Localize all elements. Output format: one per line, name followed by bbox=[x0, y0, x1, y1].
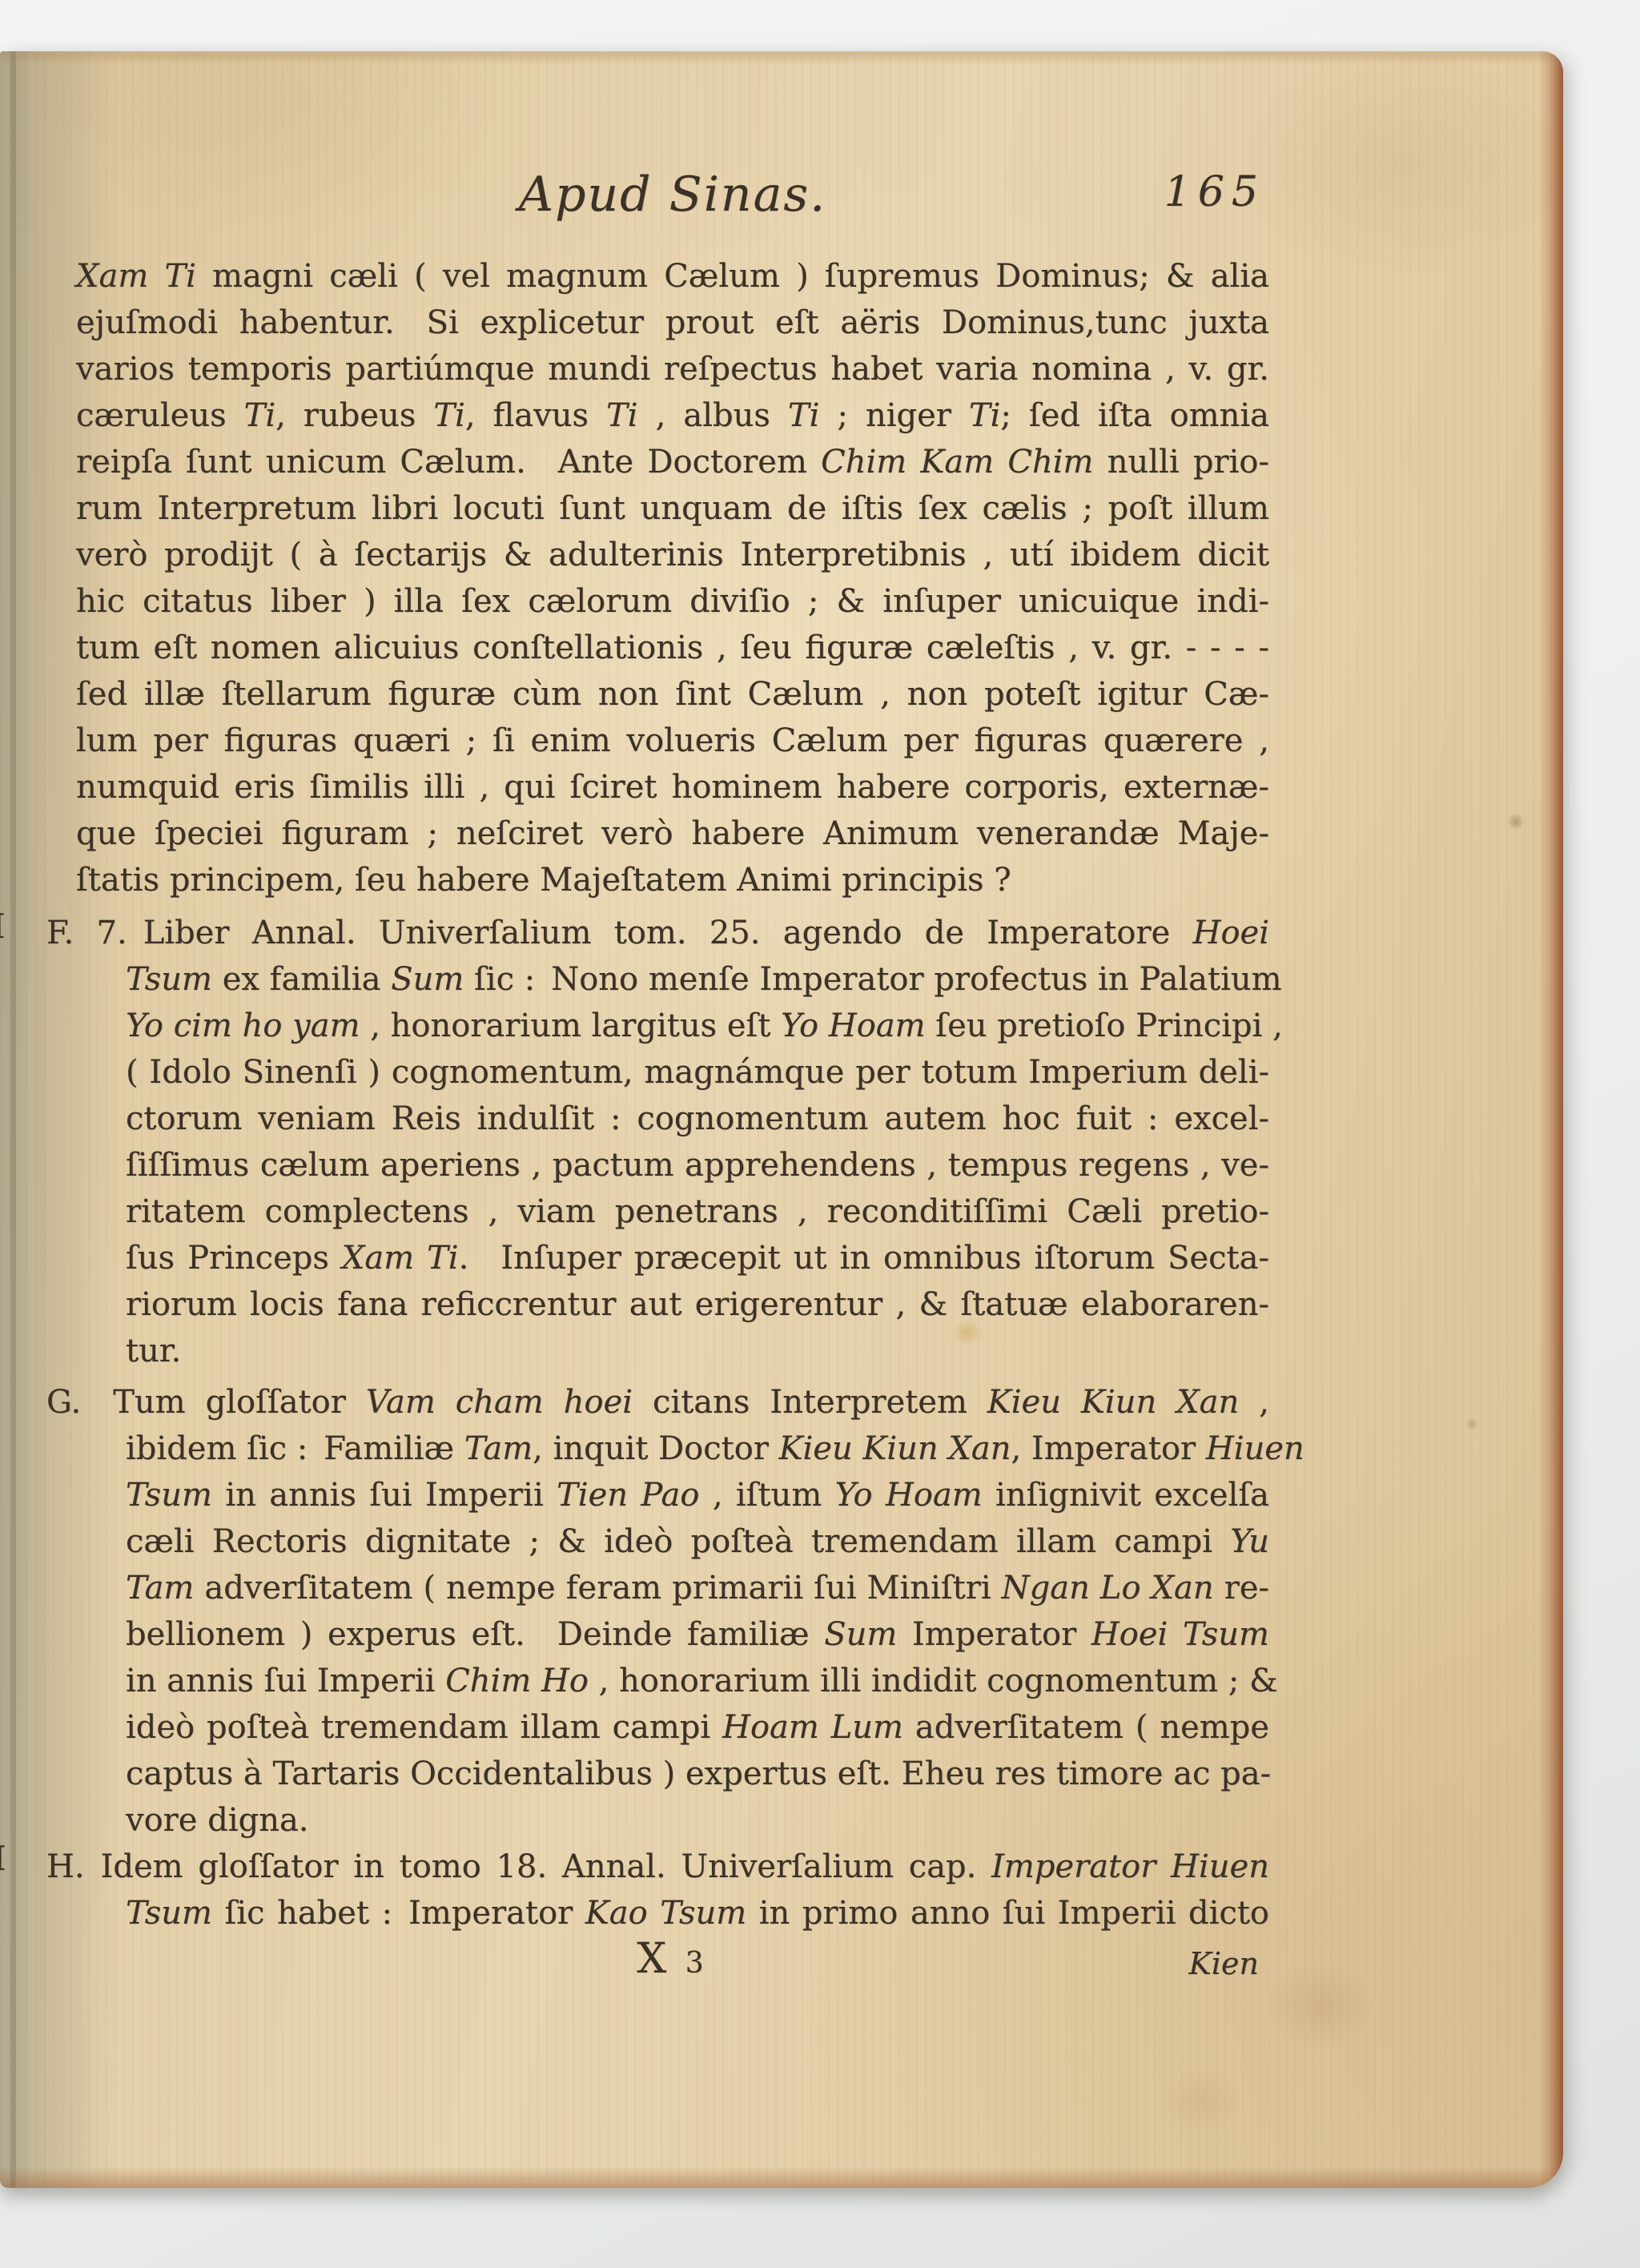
roman-text: cæli Rectoris dignitate ; & ideò poſteà … bbox=[126, 1523, 1230, 1560]
roman-text: ſiſſimus cælum aperiens , pactum apprehe… bbox=[126, 1147, 1269, 1184]
text-line: in annis ſui Imperii Chim Ho , honorariu… bbox=[76, 1658, 1269, 1704]
roman-text: bellionem ) experus eſt. Deinde familiæ bbox=[126, 1616, 824, 1653]
roman-text: ſic habet : Imperator bbox=[212, 1895, 585, 1932]
italic-name-text: Ti bbox=[433, 397, 464, 434]
italic-name-text: Kao Tsum bbox=[585, 1895, 746, 1932]
text-line: lum per figuras quæri ; ſi enim volueris… bbox=[76, 718, 1269, 764]
margin-cut-letter: I bbox=[0, 1839, 6, 1878]
text-line: verò prodijt ( à ſectarijs & adulterinis… bbox=[76, 532, 1269, 578]
text-line: captus à Tartaris Occidentalibus ) exper… bbox=[76, 1751, 1269, 1797]
roman-text: H. Idem gloſſator in tomo 18. Annal. Uni… bbox=[46, 1848, 991, 1885]
roman-text: Imperator bbox=[897, 1616, 1091, 1653]
italic-name-text: Tsum bbox=[126, 961, 212, 998]
roman-text: , rubeus bbox=[275, 397, 433, 434]
italic-name-text: Ti bbox=[606, 397, 637, 434]
italic-name-text: Tsum bbox=[126, 1895, 212, 1932]
signature-mark: X 3 bbox=[76, 1935, 1269, 1983]
roman-text: re- bbox=[1214, 1570, 1269, 1606]
text-line: F. 7. Liber Annal. Univerſalium tom. 25.… bbox=[76, 910, 1269, 956]
roman-text: ibidem ſic : Familiæ bbox=[126, 1430, 464, 1467]
roman-text: riorum locis fana reficcrentur aut erige… bbox=[126, 1286, 1269, 1323]
text-line: hic citatus liber ) illa ſex cælorum div… bbox=[76, 578, 1269, 625]
roman-text: in annis ſui Imperii bbox=[126, 1663, 445, 1699]
text-line: cæli Rectoris dignitate ; & ideò poſteà … bbox=[76, 1518, 1269, 1565]
italic-name-text: Chim Ho bbox=[445, 1663, 589, 1699]
paragraph: G. Tum gloſſator Vam cham hoei citans In… bbox=[76, 1379, 1269, 1844]
roman-text: F. 7. Liber Annal. Univerſalium tom. 25.… bbox=[46, 915, 1193, 951]
text-line: Yo cim ho yam , honorarium largitus eſt … bbox=[76, 1003, 1269, 1049]
text-line: ( Idolo Sinenſi ) cognomentum, magnámque… bbox=[76, 1049, 1269, 1096]
text-line: ritatem complectens , viam penetrans , r… bbox=[76, 1188, 1269, 1235]
text-line: Tam adverſitatem ( nempe feram primarii … bbox=[76, 1565, 1269, 1611]
roman-text: tum eſt nomen alicuius conſtellationis ,… bbox=[76, 629, 1269, 666]
page-number: 165 bbox=[1164, 168, 1265, 216]
roman-text: G. Tum gloſſator bbox=[46, 1384, 366, 1421]
italic-name-text: Hoam Lum bbox=[722, 1709, 903, 1746]
roman-text: , bbox=[1239, 1384, 1269, 1421]
italic-name-text: Sum bbox=[391, 961, 464, 998]
roman-text: numquid eris ſimilis illi , qui ſciret h… bbox=[76, 769, 1269, 806]
text-line: ctorum veniam Reis indulſit : cognomentu… bbox=[76, 1096, 1269, 1142]
text-line: ſiſſimus cælum aperiens , pactum apprehe… bbox=[76, 1142, 1269, 1188]
text-line: bellionem ) experus eſt. Deinde familiæ … bbox=[76, 1611, 1269, 1658]
running-title: Apud Sinas. bbox=[76, 167, 1269, 223]
roman-text: ctorum veniam Reis indulſit : cognomentu… bbox=[126, 1100, 1269, 1137]
roman-text: in annis ſui Imperii bbox=[212, 1477, 557, 1514]
italic-name-text: Xam Ti bbox=[76, 258, 196, 295]
roman-text: hic citatus liber ) illa ſex cælorum div… bbox=[76, 583, 1269, 620]
roman-text: , honorarium illi indidit cognomentum ; … bbox=[589, 1663, 1278, 1699]
roman-text: , albus bbox=[638, 397, 788, 434]
margin-cut-letter: I bbox=[0, 907, 6, 946]
italic-name-text: Hoei bbox=[1193, 915, 1269, 951]
roman-text: , iſtum bbox=[699, 1477, 834, 1514]
catchword: Kien bbox=[1188, 1946, 1259, 1981]
italic-name-text: Chim Kam Chim bbox=[821, 444, 1093, 481]
roman-text: adverſitatem ( nempe bbox=[903, 1709, 1269, 1746]
roman-text: magni cæli ( vel magnum Cælum ) ſupremus… bbox=[196, 258, 1269, 295]
text-line: tur. bbox=[76, 1328, 1269, 1374]
text-line: ſtatis principem, ſeu habere Majeſtatem … bbox=[76, 857, 1269, 903]
roman-text: ideò poſteà tremendam illam campi bbox=[126, 1709, 722, 1746]
roman-text: varios temporis partiúmque mundi reſpect… bbox=[76, 351, 1269, 388]
roman-text: ſic : Nono menſe Imperator profectus in … bbox=[464, 961, 1281, 998]
roman-text: ſus Princeps bbox=[126, 1240, 342, 1277]
roman-text: lum per figuras quæri ; ſi enim volueris… bbox=[76, 722, 1269, 759]
roman-text: nulli prio- bbox=[1093, 444, 1269, 481]
text-block: Xam Ti magni cæli ( vel magnum Cælum ) ſ… bbox=[76, 253, 1269, 1936]
roman-text: cæruleus bbox=[76, 397, 244, 434]
italic-name-text: Yu bbox=[1230, 1523, 1269, 1560]
text-line: ideò poſteà tremendam illam campi Hoam L… bbox=[76, 1704, 1269, 1751]
text-line: varios temporis partiúmque mundi reſpect… bbox=[76, 346, 1269, 392]
roman-text: citans Interpretem bbox=[633, 1384, 987, 1421]
italic-name-text: Tien Pao bbox=[557, 1477, 699, 1514]
text-line: ſus Princeps Xam Ti. Inſuper præcepit ut… bbox=[76, 1235, 1269, 1281]
text-line: numquid eris ſimilis illi , qui ſciret h… bbox=[76, 764, 1269, 810]
roman-text: vore digna. bbox=[126, 1802, 309, 1839]
italic-name-text: Tam bbox=[464, 1430, 533, 1467]
text-line: riorum locis fana reficcrentur aut erige… bbox=[76, 1281, 1269, 1328]
roman-text: que ſpeciei figuram ; neſciret verò habe… bbox=[76, 815, 1269, 852]
roman-text: . Inſuper præcepit ut in omnibus iſtorum… bbox=[459, 1240, 1269, 1277]
italic-name-text: Ti bbox=[244, 397, 275, 434]
roman-text: ſeu pretioſo Principi , bbox=[926, 1007, 1283, 1044]
roman-text: verò prodijt ( à ſectarijs & adulterinis… bbox=[76, 537, 1269, 573]
italic-name-text: Imperator Hiuen bbox=[991, 1848, 1269, 1885]
paragraph: F. 7. Liber Annal. Univerſalium tom. 25.… bbox=[76, 910, 1269, 1374]
text-line: ejuſmodi habentur. Si explicetur prout e… bbox=[76, 300, 1269, 346]
italic-name-text: Yo cim ho yam bbox=[126, 1007, 360, 1044]
roman-text: , Imperator bbox=[1011, 1430, 1205, 1467]
roman-text: reipſa ſunt unicum Cælum. Ante Doctorem bbox=[76, 444, 821, 481]
italic-name-text: Xam Ti bbox=[342, 1240, 459, 1277]
roman-text: inſignivit excelſa bbox=[983, 1477, 1269, 1514]
roman-text: ejuſmodi habentur. Si explicetur prout e… bbox=[76, 304, 1269, 341]
text-line: G. Tum gloſſator Vam cham hoei citans In… bbox=[76, 1379, 1269, 1426]
roman-text: , honorarium largitus eſt bbox=[360, 1007, 782, 1044]
roman-text: adverſitatem ( nempe feram primarii ſui … bbox=[194, 1570, 1001, 1606]
italic-name-text: Sum bbox=[824, 1616, 897, 1653]
text-line: Xam Ti magni cæli ( vel magnum Cælum ) ſ… bbox=[76, 253, 1269, 300]
italic-name-text: Ti bbox=[788, 397, 819, 434]
roman-text: ſtatis principem, ſeu habere Majeſtatem … bbox=[76, 862, 1011, 899]
book-page: Apud Sinas. 165 Xam Ti magni cæli ( vel … bbox=[0, 51, 1563, 2188]
roman-text: , flavus bbox=[465, 397, 606, 434]
italic-name-text: Ti bbox=[969, 397, 1000, 434]
italic-name-text: Kieu Kiun Xan bbox=[779, 1430, 1011, 1467]
italic-name-text: Tsum bbox=[126, 1477, 212, 1514]
paragraph: Xam Ti magni cæli ( vel magnum Cælum ) ſ… bbox=[76, 253, 1269, 903]
italic-name-text: Ngan Lo Xan bbox=[1002, 1570, 1214, 1606]
roman-text: ex familia bbox=[212, 961, 391, 998]
paragraph: H. Idem gloſſator in tomo 18. Annal. Uni… bbox=[76, 1844, 1269, 1936]
roman-text: rum Interpretum libri locuti ſunt unquam… bbox=[76, 490, 1269, 527]
text-line: reipſa ſunt unicum Cælum. Ante Doctorem … bbox=[76, 439, 1269, 485]
roman-text: ritatem complectens , viam penetrans , r… bbox=[126, 1193, 1269, 1230]
text-line: ibidem ſic : Familiæ Tam, inquit Doctor … bbox=[76, 1426, 1269, 1472]
italic-name-text: Hoei Tsum bbox=[1091, 1616, 1269, 1653]
text-line: tum eſt nomen alicuius conſtellationis ,… bbox=[76, 625, 1269, 671]
text-line: rum Interpretum libri locuti ſunt unquam… bbox=[76, 485, 1269, 532]
text-line: cæruleus Ti, rubeus Ti, flavus Ti , albu… bbox=[76, 392, 1269, 439]
text-line: que ſpeciei figuram ; neſciret verò habe… bbox=[76, 810, 1269, 857]
roman-text: tur. bbox=[126, 1333, 181, 1369]
roman-text: ſed illæ ſtellarum figuræ cùm non ſint C… bbox=[76, 676, 1269, 713]
italic-name-text: Yo Hoam bbox=[781, 1007, 925, 1044]
text-line: H. Idem gloſſator in tomo 18. Annal. Uni… bbox=[76, 1844, 1269, 1890]
italic-name-text: Hiuen bbox=[1206, 1430, 1304, 1467]
roman-text: captus à Tartaris Occidentalibus ) exper… bbox=[126, 1755, 1271, 1792]
italic-name-text: Tam bbox=[126, 1570, 194, 1606]
italic-name-text: Yo Hoam bbox=[835, 1477, 983, 1514]
text-line: Tsum ſic habet : Imperator Kao Tsum in p… bbox=[76, 1890, 1269, 1936]
scan-background: Apud Sinas. 165 Xam Ti magni cæli ( vel … bbox=[0, 0, 1640, 2268]
roman-text: in primo anno ſui Imperii dicto bbox=[746, 1895, 1269, 1932]
italic-name-text: Kieu Kiun Xan bbox=[987, 1384, 1239, 1421]
text-line: Tsum in annis ſui Imperii Tien Pao , iſt… bbox=[76, 1472, 1269, 1518]
roman-text: ; niger bbox=[819, 397, 969, 434]
roman-text: , inquit Doctor bbox=[533, 1430, 778, 1467]
italic-name-text: Vam cham hoei bbox=[366, 1384, 633, 1421]
text-line: vore digna. bbox=[76, 1797, 1269, 1844]
text-line: Tsum ex familia Sum ſic : Nono menſe Imp… bbox=[76, 956, 1269, 1003]
roman-text: ( Idolo Sinenſi ) cognomentum, magnámque… bbox=[126, 1054, 1269, 1091]
text-line: ſed illæ ſtellarum figuræ cùm non ſint C… bbox=[76, 671, 1269, 718]
roman-text: ; ſed iſta omnia bbox=[1000, 397, 1269, 434]
